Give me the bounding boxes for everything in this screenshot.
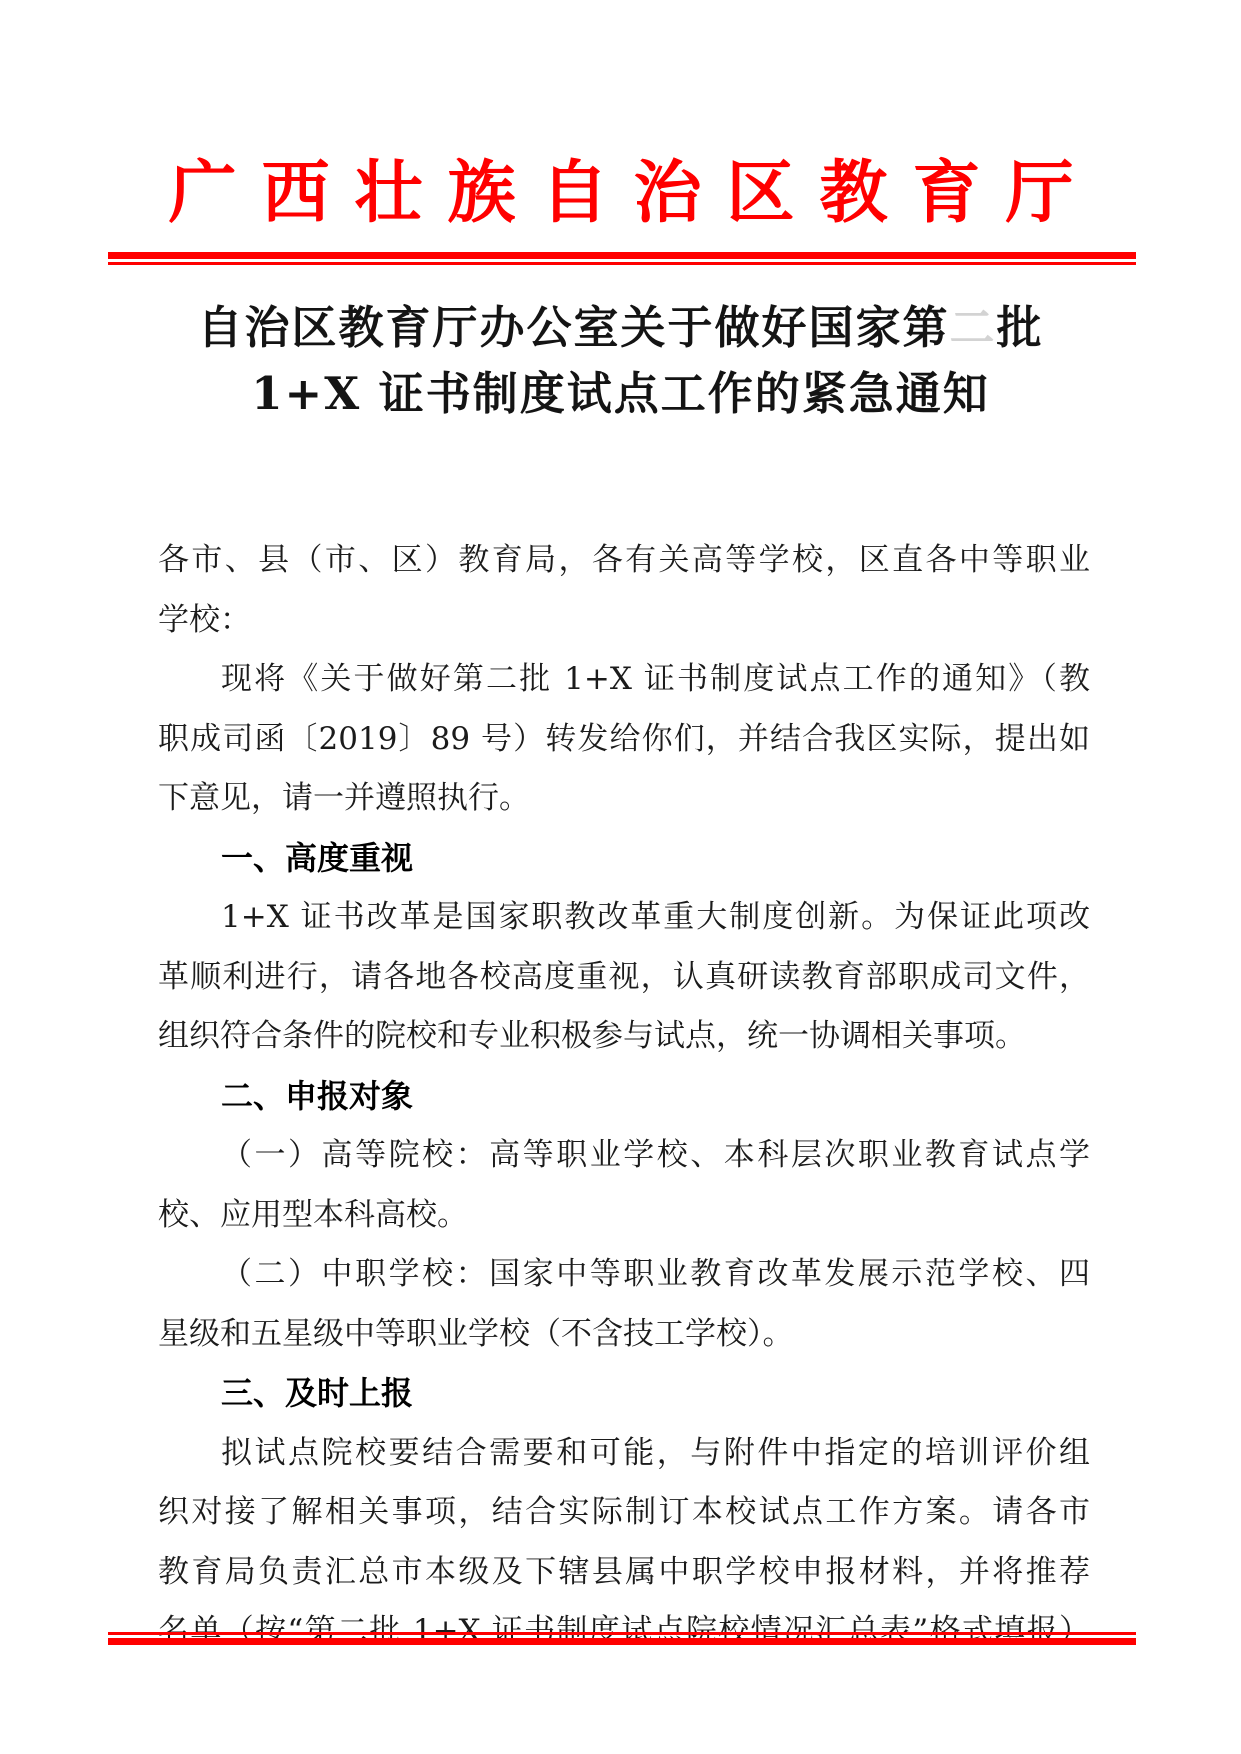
letterhead-divider [108,252,1136,265]
divider-line-thin [108,262,1136,265]
document-page: 广西壮族自治区教育厅 自治区教育厅办公室关于做好国家第二批 1+X 证书制度试点… [0,0,1241,1754]
document-title-line1: 自治区教育厅办公室关于做好国家第二批 [0,295,1241,361]
body-line: 校、应用型本科高校。 [158,1186,1090,1246]
title-line1-pre: 自治区教育厅办公室关于做好国家第 [197,301,949,354]
addressee-line: 各市、县（市、区）教育局，各有关高等学校，区直各中等职业 [158,531,1090,591]
document-title-line2: 1+X 证书制度试点工作的紧急通知 [0,361,1241,427]
section-heading-1: 一、高度重视 [158,829,1090,889]
letterhead-agency-name: 广西壮族自治区教育厅 [13,156,1241,231]
body-line: 现将《关于做好第二批 1+X 证书制度试点工作的通知》（教 [158,650,1090,710]
body-line: 拟试点院校要结合需要和可能，与附件中指定的培训评价组 [158,1424,1090,1484]
document-body: 各市、县（市、区）教育局，各有关高等学校，区直各中等职业 学校： 现将《关于做好… [158,531,1090,1662]
body-line: 教育局负责汇总市本级及下辖县属中职学校申报材料，并将推荐 [158,1543,1090,1603]
section-heading-3: 三、及时上报 [158,1364,1090,1424]
body-line: 革顺利进行，请各地各校高度重视，认真研读教育部职成司文件， [158,948,1090,1008]
document-title: 自治区教育厅办公室关于做好国家第二批 1+X 证书制度试点工作的紧急通知 [0,295,1241,427]
title-line1-post: 批 [997,301,1044,354]
addressee-line: 学校： [158,591,1090,651]
body-line: 星级和五星级中等职业学校（不含技工学校）。 [158,1305,1090,1365]
body-line: 职成司函〔2019〕89 号）转发给你们，并结合我区实际，提出如 [158,710,1090,770]
footer-divider [108,1632,1136,1645]
body-line: 下意见，请一并遵照执行。 [158,769,1090,829]
body-line: （一）高等院校：高等职业学校、本科层次职业教育试点学 [158,1126,1090,1186]
divider-line-thick [108,1638,1136,1645]
body-line: 组织符合条件的院校和专业积极参与试点，统一协调相关事项。 [158,1007,1090,1067]
title-line1-faint-char: 二 [949,301,996,354]
section-heading-2: 二、申报对象 [158,1067,1090,1127]
body-line: 1+X 证书改革是国家职教改革重大制度创新。为保证此项改 [158,888,1090,948]
body-line: 织对接了解相关事项，结合实际制订本校试点工作方案。请各市 [158,1483,1090,1543]
divider-line-thick [108,252,1136,259]
body-line: （二）中职学校：国家中等职业教育改革发展示范学校、四 [158,1245,1090,1305]
